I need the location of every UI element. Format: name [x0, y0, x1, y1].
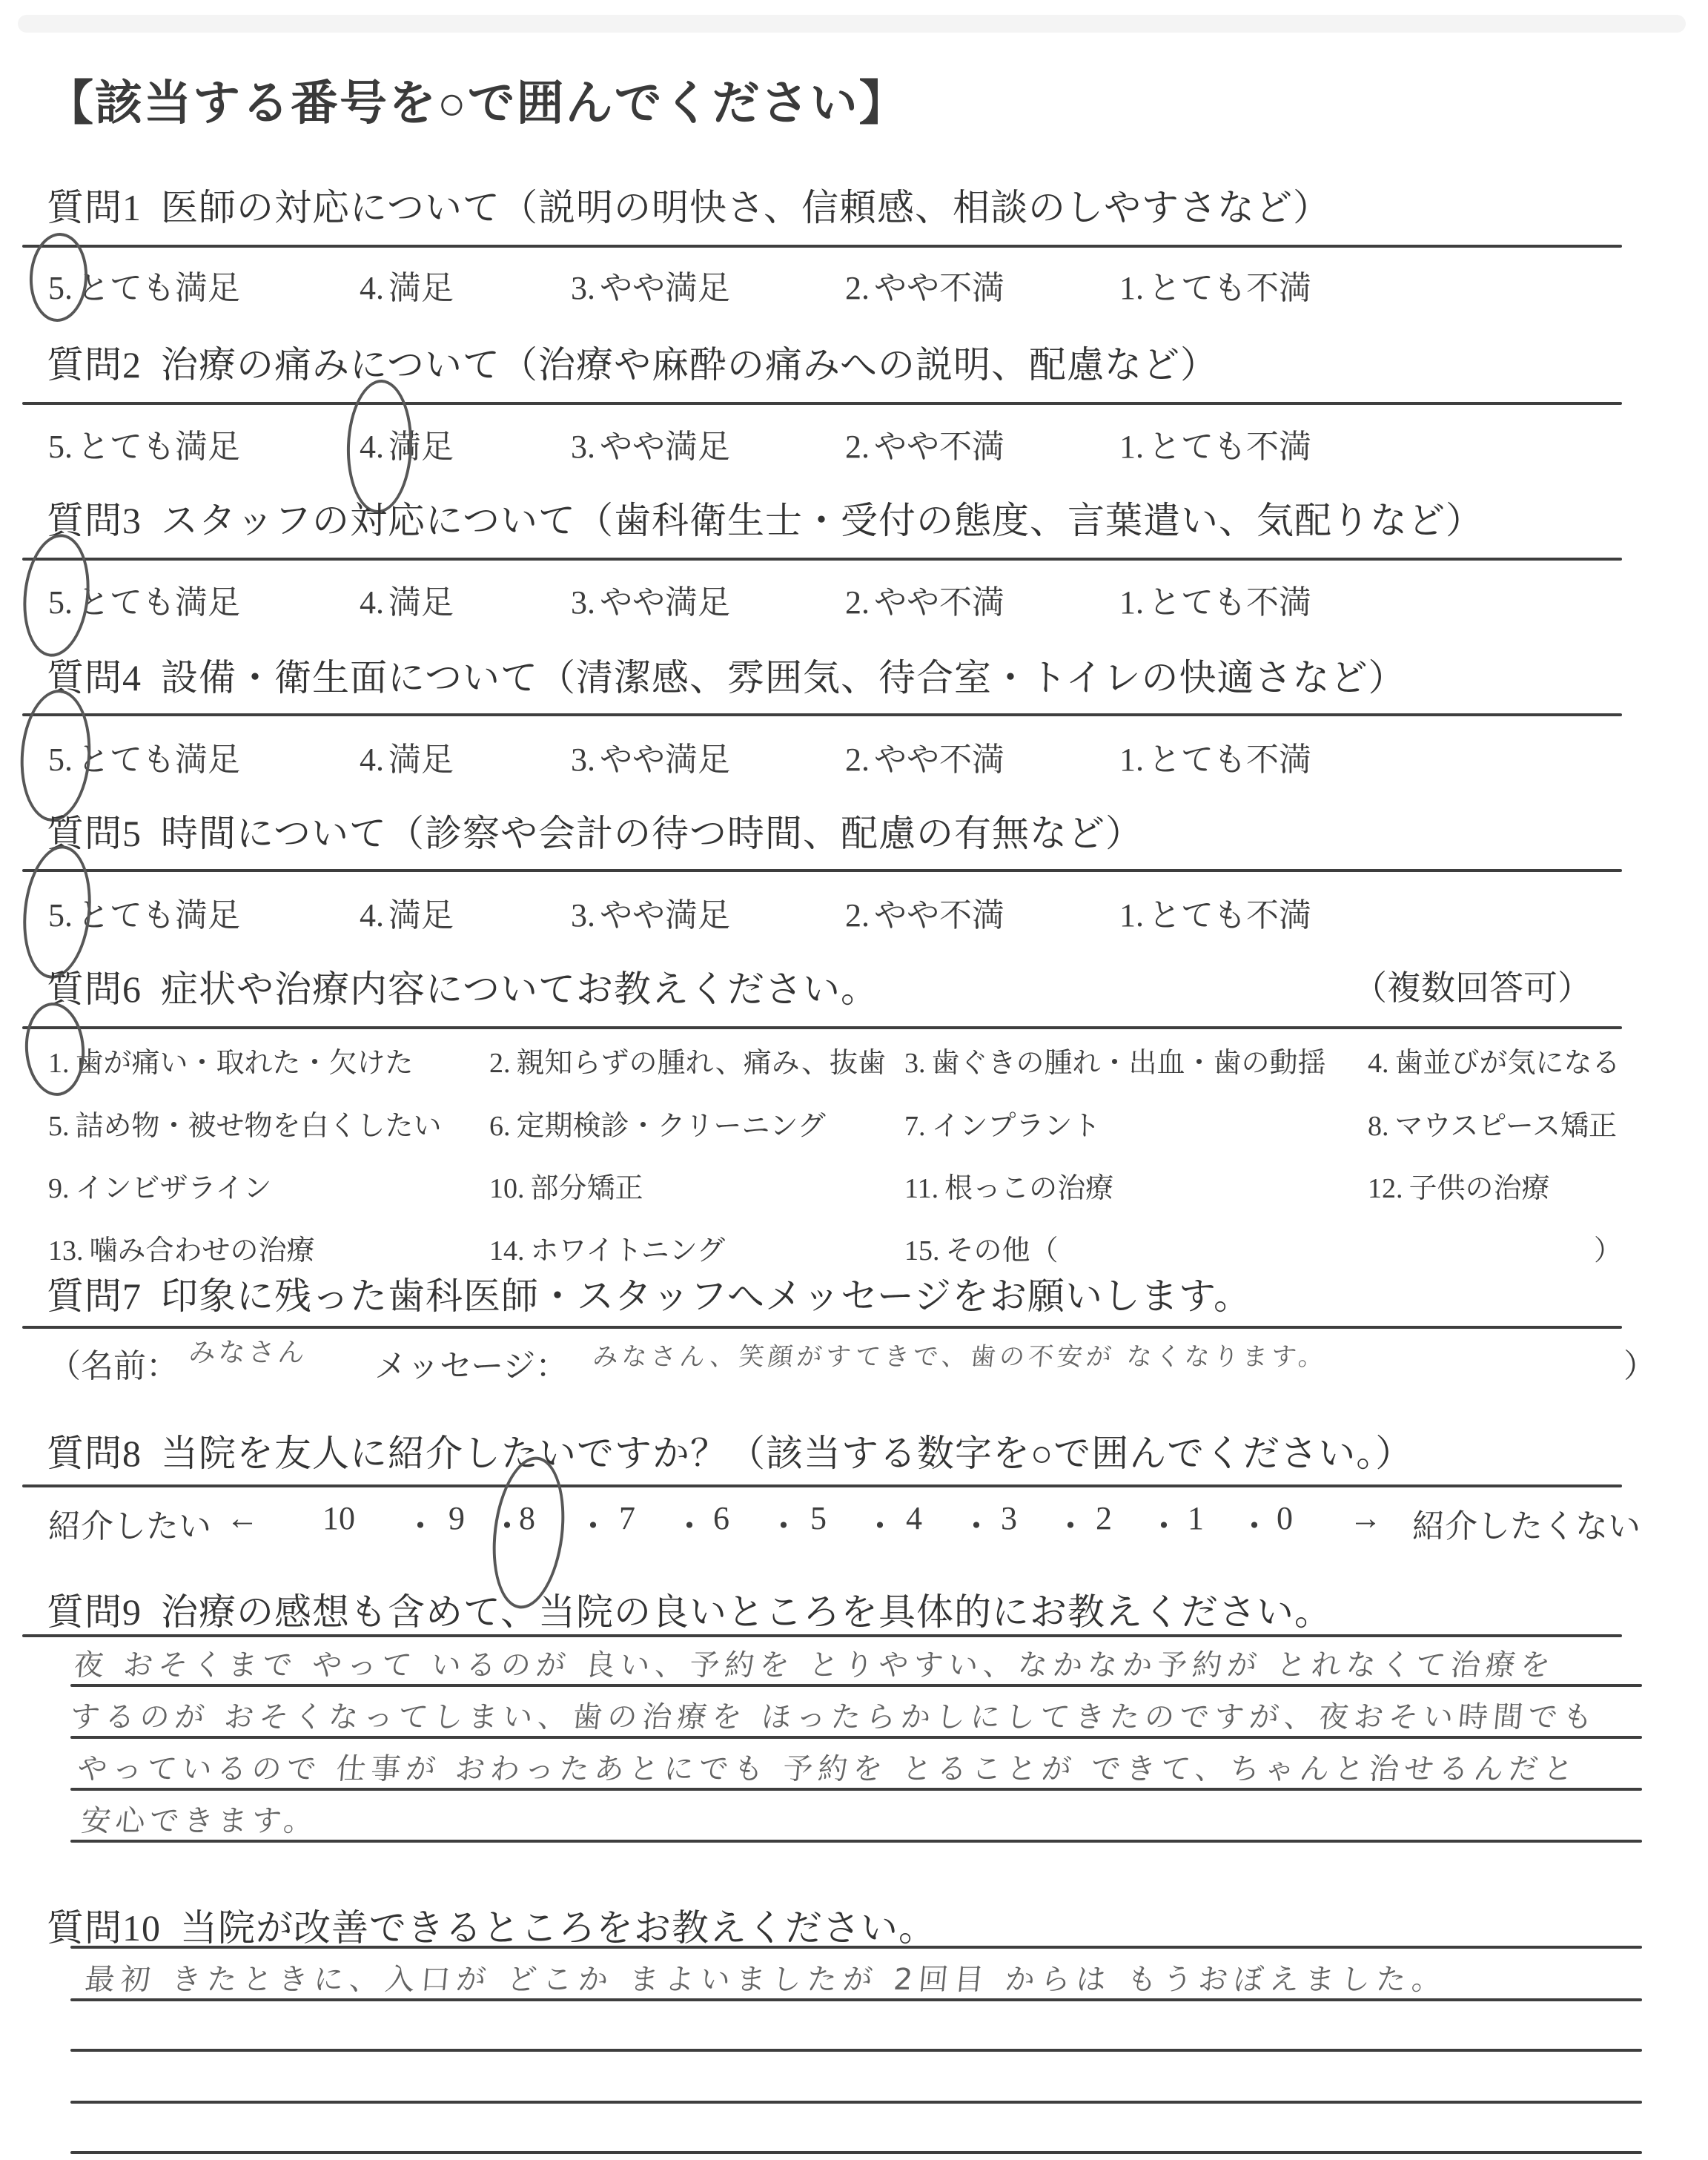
- survey-document: 【該当する番号を○で囲んでください】 質問1医師の対応について（説明の明快さ、信…: [0, 0, 1708, 2160]
- q6-option-4-number: 4.: [1368, 1048, 1389, 1079]
- q1-option-3: 3.やや満足: [571, 261, 730, 308]
- q6-option-6: 6.定期検診・クリーニング: [489, 1103, 826, 1143]
- q6-option-3-label: 歯ぐきの腫れ・出血・歯の動揺: [932, 1048, 1326, 1079]
- q5-option-3-number: 3.: [571, 897, 595, 934]
- q5-heading: 質問5時間について（診察や会計の待つ時間、配慮の有無など）: [47, 804, 1143, 857]
- q1-heading: 質問1医師の対応について（説明の明快さ、信頼感、相談のしやすさなど）: [47, 178, 1331, 231]
- q3-option-1: 1.とても不満: [1119, 575, 1311, 623]
- q6-option-12-number: 12.: [1368, 1173, 1403, 1204]
- q4-option-4: 4.満足: [360, 733, 454, 780]
- q3-text: スタッフの対応について（歯科衛生士・受付の態度、言葉遣い、気配りなど）: [161, 500, 1483, 541]
- q2-text: 治療の痛みについて（治療や麻酔の痛みへの説明、配慮など）: [161, 344, 1218, 386]
- q4-option-5-label: とても満足: [77, 742, 240, 778]
- q2-option-3: 3.やや満足: [571, 420, 730, 467]
- q6-option-11-label: 根っこの治療: [944, 1173, 1113, 1204]
- q9-heading: 質問9治療の感想も含めて、当院の良いところを具体的にお教えください。: [47, 1582, 1332, 1636]
- q8-heading: 質問8当院を友人に紹介したいですか？（該当する数字を○で囲んでください。）: [47, 1424, 1413, 1477]
- q6-option-9-number: 9.: [48, 1173, 70, 1204]
- q8-dot-icon: ・: [864, 1499, 896, 1547]
- q2-option-5-number: 5.: [48, 429, 73, 465]
- q1-option-1: 1.とても不満: [1119, 261, 1311, 308]
- q7-text: 印象に残った歯科医師・スタッフへメッセージをお願いします。: [161, 1275, 1251, 1317]
- q10-answer-rule-2: [70, 2049, 1642, 2052]
- q4-option-2-number: 2.: [845, 742, 870, 778]
- q3-rule: [22, 558, 1622, 561]
- q2-option-5-label: とても満足: [77, 429, 240, 465]
- q8-number-10: 10: [322, 1499, 355, 1537]
- q5-option-4: 4.満足: [360, 888, 454, 936]
- q2-rule: [22, 402, 1622, 405]
- q6-option-5: 5.詰め物・被せ物を白くしたい: [48, 1103, 442, 1143]
- q6-rule: [22, 1026, 1622, 1029]
- q6-option-14: 14.ホワイトニング: [489, 1227, 725, 1268]
- q10-answer-rule-3: [70, 2101, 1642, 2104]
- q8-text: 当院を友人に紹介したいですか？（該当する数字を○で囲んでください。）: [161, 1433, 1413, 1474]
- q6-option-2-label: 親知らずの腫れ、痛み、抜歯: [517, 1048, 887, 1079]
- q4-option-3: 3.やや満足: [571, 733, 730, 780]
- q6-option-7-number: 7.: [904, 1111, 926, 1142]
- q1-rule: [22, 245, 1622, 248]
- q2-option-2-number: 2.: [845, 429, 870, 465]
- q6-option-9-label: インビザライン: [76, 1173, 272, 1204]
- q2-option-1: 1.とても不満: [1119, 420, 1311, 467]
- q8-left-label: 紹介したい: [48, 1499, 211, 1547]
- q6-option-8-number: 8.: [1368, 1111, 1389, 1142]
- q5-option-4-number: 4.: [360, 897, 384, 934]
- q7-rule: [22, 1326, 1622, 1329]
- scan-artifact: [18, 15, 1686, 33]
- q6-option-9: 9.インビザライン: [48, 1165, 271, 1206]
- q6-option-10: 10.部分矯正: [489, 1165, 643, 1206]
- q1-option-1-label: とても不満: [1148, 270, 1311, 306]
- q2-option-3-number: 3.: [571, 429, 595, 465]
- q6-option-6-number: 6.: [489, 1111, 511, 1142]
- q4-rule: [22, 713, 1622, 716]
- q10-heading: 質問10当院が改善できるところをお教えください。: [47, 1898, 936, 1952]
- q6-option-15: 15.その他（: [904, 1227, 1059, 1268]
- q9-answer-rule-3: [70, 1788, 1642, 1791]
- q9-answer-line-1-handwriting: 夜 おそくまで やって いるのが 良い、予約を とりやすい、なかなか予約が とれ…: [73, 1642, 1558, 1684]
- q3-option-2-number: 2.: [845, 584, 870, 621]
- q4-text: 設備・衛生面について（清潔感、雰囲気、待合室・トイレの快適さなど）: [161, 657, 1406, 698]
- q3-option-3-label: やや満足: [600, 584, 730, 621]
- q2-heading: 質問2治療の痛みについて（治療や麻酔の痛みへの説明、配慮など）: [47, 335, 1218, 389]
- q8-right-arrow-icon: →: [1349, 1499, 1382, 1537]
- q1-option-2-label: やや不満: [874, 270, 1004, 306]
- q1-label: 質問1: [47, 187, 142, 228]
- q4-option-3-number: 3.: [571, 742, 595, 778]
- q8-number-3: 3: [1001, 1499, 1017, 1537]
- q4-option-2-label: やや不満: [874, 742, 1004, 778]
- q3-option-5-label: とても満足: [77, 584, 240, 621]
- q8-number-7: 7: [619, 1499, 635, 1537]
- q2-option-5: 5.とても満足: [48, 420, 240, 467]
- q6-option-10-label: 部分矯正: [531, 1173, 643, 1204]
- q9-label: 質問9: [47, 1591, 142, 1633]
- q7-close-paren: ）: [1623, 1339, 1656, 1387]
- q6-option-8-label: マウスピース矯正: [1395, 1111, 1617, 1142]
- q5-option-2: 2.やや不満: [845, 888, 1004, 936]
- q8-number-2: 2: [1096, 1499, 1112, 1537]
- q4-option-4-label: 満足: [388, 742, 454, 778]
- q3-option-2-label: やや不満: [874, 584, 1004, 621]
- q4-option-3-label: やや満足: [600, 742, 730, 778]
- q6-option-11: 11.根っこの治療: [904, 1165, 1113, 1206]
- q10-label: 質問10: [47, 1907, 161, 1949]
- q6-option-14-label: ホワイトニング: [531, 1235, 726, 1266]
- q6-option-8: 8.マウスピース矯正: [1368, 1103, 1617, 1143]
- q3-option-1-number: 1.: [1119, 584, 1144, 621]
- q6-multi-answer-note: （複数回答可）: [1353, 961, 1592, 1010]
- q8-number-6: 6: [713, 1499, 729, 1537]
- q1-option-3-number: 3.: [571, 270, 595, 306]
- q6-option-13-label: 噛み合わせの治療: [90, 1235, 315, 1266]
- q5-option-2-number: 2.: [845, 897, 870, 934]
- q9-answer-rule-1: [70, 1684, 1642, 1687]
- q3-option-3-number: 3.: [571, 584, 595, 621]
- q8-dot-icon: ・: [1238, 1499, 1271, 1547]
- q8-dot-icon: ・: [767, 1499, 800, 1547]
- q5-option-3: 3.やや満足: [571, 888, 730, 936]
- q9-answer-line-2-handwriting: するのが おそくなってしまい、歯の治療を ほったらかしにしてきたのですが、夜おそ…: [69, 1694, 1600, 1736]
- q6-other-close-paren: ）: [1594, 1227, 1622, 1268]
- q3-option-4: 4.満足: [360, 575, 454, 623]
- q5-option-5-label: とても満足: [77, 897, 240, 934]
- q6-option-14-number: 14.: [489, 1235, 525, 1266]
- q7-heading: 質問7印象に残った歯科医師・スタッフへメッセージをお願いします。: [47, 1266, 1251, 1320]
- q1-option-4: 4.満足: [360, 261, 454, 308]
- q1-option-2-number: 2.: [845, 270, 870, 306]
- q6-option-11-number: 11.: [904, 1173, 939, 1204]
- q5-rule: [22, 869, 1622, 872]
- q6-option-5-label: 詰め物・被せ物を白くしたい: [76, 1111, 442, 1142]
- q3-option-4-label: 満足: [388, 584, 454, 621]
- q6-option-5-number: 5.: [48, 1111, 70, 1142]
- q8-number-9: 9: [448, 1499, 465, 1537]
- q5-option-3-label: やや満足: [600, 897, 730, 934]
- q8-dot-icon: ・: [1148, 1499, 1180, 1547]
- q2-option-1-number: 1.: [1119, 429, 1144, 465]
- q5-option-1-label: とても不満: [1148, 897, 1311, 934]
- q5-text: 時間について（診察や会計の待つ時間、配慮の有無など）: [161, 813, 1143, 854]
- q6-option-7-label: インプラント: [932, 1111, 1101, 1142]
- q9-answer-line-4-handwriting: 安心できます。: [80, 1797, 320, 1840]
- q8-dot-icon: ・: [673, 1499, 706, 1547]
- q1-option-4-number: 4.: [360, 270, 384, 306]
- q9-rule: [22, 1634, 1622, 1637]
- q5-option-4-label: 満足: [388, 897, 454, 934]
- q4-option-1: 1.とても不満: [1119, 733, 1311, 780]
- q10-answer-line-1-handwriting: 最初 きたときに、入口が どこか まよいましたが 2回目 からは もうおぼえまし…: [84, 1956, 1450, 1998]
- q6-option-1-label: 歯が痛い・取れた・欠けた: [76, 1048, 414, 1079]
- q10-text: 当院が改善できるところをお教えください。: [180, 1907, 936, 1949]
- q6-option-3: 3.歯ぐきの腫れ・出血・歯の動揺: [904, 1040, 1326, 1080]
- q8-left-arrow-icon: ←: [226, 1499, 259, 1537]
- q6-heading: 質問6症状や治療内容についてお教えください。: [47, 960, 878, 1013]
- q6-option-3-number: 3.: [904, 1048, 926, 1079]
- q7-name-value-handwriting: みなさん: [188, 1332, 309, 1370]
- q6-option-4: 4.歯並びが気になる: [1368, 1040, 1621, 1080]
- q4-option-2: 2.やや不満: [845, 733, 1004, 780]
- q4-option-1-number: 1.: [1119, 742, 1144, 778]
- q1-text: 医師の対応について（説明の明快さ、信頼感、相談のしやすさなど）: [161, 187, 1331, 228]
- q6-option-6-label: 定期検診・クリーニング: [517, 1111, 826, 1142]
- q1-option-1-number: 1.: [1119, 270, 1144, 306]
- q3-option-2: 2.やや不満: [845, 575, 1004, 623]
- q6-option-2-number: 2.: [489, 1048, 511, 1079]
- q9-answer-line-3-handwriting: やっているので 仕事が おわったあとにでも 予約を とることが できて、ちゃんと…: [76, 1745, 1580, 1788]
- q8-number-5: 5: [810, 1499, 827, 1537]
- q4-option-4-number: 4.: [360, 742, 384, 778]
- q2-option-2-label: やや不満: [874, 429, 1004, 465]
- q2-option-3-label: やや満足: [600, 429, 730, 465]
- q1-option-5-label: とても満足: [77, 270, 240, 306]
- q6-option-12: 12.子供の治療: [1368, 1165, 1550, 1206]
- q7-name-label: （名前：: [48, 1339, 179, 1387]
- q6-option-2: 2.親知らずの腫れ、痛み、抜歯: [489, 1040, 886, 1080]
- q3-option-4-number: 4.: [360, 584, 384, 621]
- q3-option-3: 3.やや満足: [571, 575, 730, 623]
- q1-option-3-label: やや満足: [600, 270, 730, 306]
- q7-message-value-handwriting: みなさん、笑顔がすてきで、歯の不安が なくなります。: [592, 1336, 1329, 1373]
- q6-option-1: 1.歯が痛い・取れた・欠けた: [48, 1040, 414, 1080]
- q2-option-2: 2.やや不満: [845, 420, 1004, 467]
- q8-dot-icon: ・: [960, 1499, 993, 1547]
- q8-label: 質問8: [47, 1433, 142, 1474]
- q5-option-1-number: 1.: [1119, 897, 1144, 934]
- q9-answer-rule-4: [70, 1840, 1642, 1843]
- q2-label: 質問2: [47, 344, 142, 386]
- q8-right-label: 紹介したくない: [1412, 1499, 1641, 1547]
- q3-option-1-label: とても不満: [1148, 584, 1311, 621]
- q4-heading: 質問4設備・衛生面について（清潔感、雰囲気、待合室・トイレの快適さなど）: [47, 648, 1406, 701]
- q10-answer-rule-1: [70, 1998, 1642, 2001]
- q5-option-1: 1.とても不満: [1119, 888, 1311, 936]
- q6-option-4-label: 歯並びが気になる: [1395, 1048, 1621, 1079]
- q6-option-10-number: 10.: [489, 1173, 525, 1204]
- q8-number-1: 1: [1188, 1499, 1204, 1537]
- q10-rule: [70, 1946, 1642, 1949]
- q6-option-15-number: 15.: [904, 1235, 940, 1266]
- q8-number-4: 4: [906, 1499, 922, 1537]
- q8-rule: [22, 1484, 1622, 1487]
- q8-dot-icon: ・: [404, 1499, 437, 1547]
- q5-option-2-label: やや不満: [874, 897, 1004, 934]
- q6-option-7: 7.インプラント: [904, 1103, 1101, 1143]
- q2-option-1-label: とても不満: [1148, 429, 1311, 465]
- q6-answer-circle: [22, 1000, 88, 1097]
- page-title: 【該当する番号を○で囲んでください】: [46, 65, 908, 133]
- q7-message-label: メッセージ：: [374, 1339, 568, 1387]
- q1-option-2: 2.やや不満: [845, 261, 1004, 308]
- q6-option-12-label: 子供の治療: [1409, 1173, 1550, 1204]
- q1-option-4-label: 満足: [388, 270, 454, 306]
- q4-option-1-label: とても不満: [1148, 742, 1311, 778]
- q9-text: 治療の感想も含めて、当院の良いところを具体的にお教えください。: [161, 1591, 1332, 1633]
- q8-number-0: 0: [1277, 1499, 1293, 1537]
- q3-heading: 質問3スタッフの対応について（歯科衛生士・受付の態度、言葉遣い、気配りなど）: [47, 491, 1483, 544]
- q6-option-13-number: 13.: [48, 1235, 84, 1266]
- q9-answer-rule-2: [70, 1736, 1642, 1739]
- q7-label: 質問7: [47, 1275, 142, 1317]
- q10-answer-rule-4: [70, 2151, 1642, 2154]
- q8-dot-icon: ・: [1054, 1499, 1087, 1547]
- q6-text: 症状や治療内容についてお教えください。: [161, 968, 878, 1010]
- q6-option-13: 13.噛み合わせの治療: [48, 1227, 315, 1268]
- q6-option-15-label: その他（: [946, 1235, 1059, 1266]
- q8-dot-icon: ・: [577, 1499, 609, 1547]
- q3-answer-circle: [18, 531, 96, 660]
